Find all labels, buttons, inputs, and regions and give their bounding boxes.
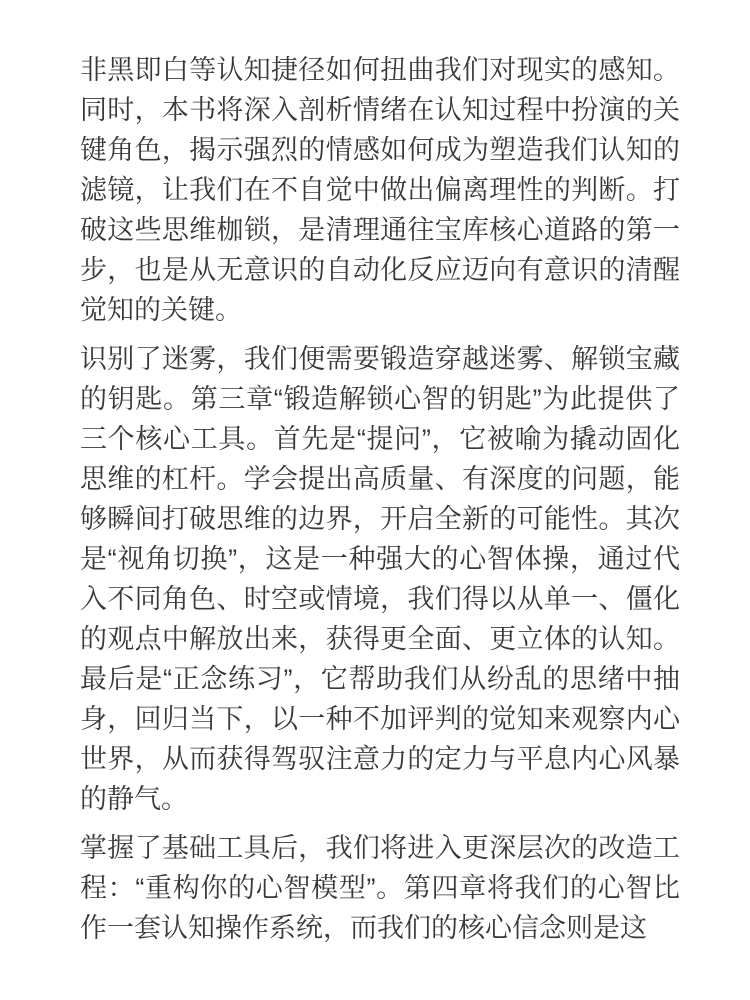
- paragraph: 非黑即白等认知捷径如何扭曲我们对现实的感知。同时，本书将深入剖析情绪在认知过程中…: [80, 50, 680, 330]
- reading-page: 非黑即白等认知捷径如何扭曲我们对现实的感知。同时，本书将深入剖析情绪在认知过程中…: [0, 0, 750, 1000]
- paragraph: 掌握了基础工具后，我们将进入更深层次的改造工程：“重构你的心智模型”。第四章将我…: [80, 828, 680, 948]
- paragraph: 识别了迷雾，我们便需要锻造穿越迷雾、解锁宝藏的钥匙。第三章“锻造解锁心智的钥匙”…: [80, 339, 680, 819]
- page-text-content: 非黑即白等认知捷径如何扭曲我们对现实的感知。同时，本书将深入剖析情绪在认知过程中…: [80, 50, 680, 957]
